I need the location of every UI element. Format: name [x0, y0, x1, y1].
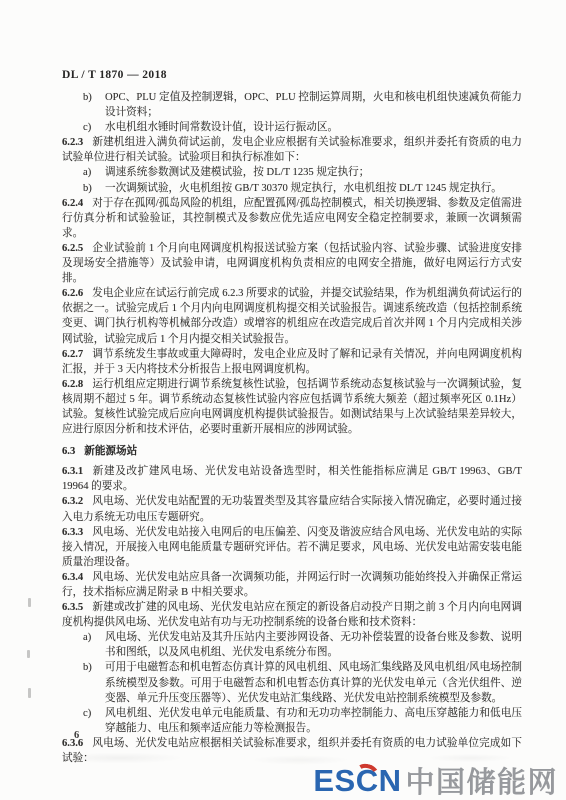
page-number: 6 [74, 730, 79, 741]
standard-number-header: DL / T 1870 — 2018 [62, 69, 167, 81]
clause-6.2.7: 6.2.7调节系统发生事故或重大障碍时，发电企业应及时了解和记录有关情况，并向电… [62, 347, 522, 377]
clause-number: 6.3.3 [62, 527, 92, 538]
clause-6.2.3: 6.2.3新建机组进入满负荷试运前，发电企业应根据有关试验标准要求，组织并委托有… [62, 135, 522, 165]
clause-number: 6.2.6 [62, 288, 92, 299]
clause-number: 6.3.2 [62, 496, 92, 507]
clause-number: 6.2.4 [62, 198, 92, 209]
clause-text: 风电场、光伏发电站配置的无功装置类型及其容量应结合实际接入情况确定，必要时通过接… [62, 496, 522, 522]
clause-text: 企业试验前 1 个月向电网调度机构报送试验方案（包括试验内容、试验步骤、试验进度… [62, 243, 522, 284]
clause-text: 风电场、光伏发电站接入电网后的电压偏差、闪变及谐波应结合风电场、光伏发电站的实际… [62, 527, 522, 568]
clause-text: 新建机组进入满负荷试运前，发电企业应根据有关试验标准要求，组织并委托有资质的电力… [62, 137, 522, 163]
clause-number: 6.3.4 [62, 572, 92, 583]
clause-6.2.5: 6.2.5企业试验前 1 个月向电网调度机构报送试验方案（包括试验内容、试验步骤… [62, 241, 522, 286]
list-item: b)一次调频试验，火电机组按 GB/T 30370 规定执行，水电机组按 DL/… [62, 181, 522, 196]
clause-6.3.2: 6.3.2风电场、光伏发电站配置的无功装置类型及其容量应结合实际接入情况确定，必… [62, 494, 522, 524]
clause-text: 新能源场站 [84, 446, 137, 457]
scan-artifact [27, 650, 30, 658]
clause-6.3.3: 6.3.3风电场、光伏发电站接入电网后的电压偏差、闪变及谐波应结合风电场、光伏发… [62, 525, 522, 570]
clause-text: 新建或改扩建的风电场、光伏发电站应在预定的新设备启动投产日期之前 3 个月内向电… [62, 602, 522, 628]
clause-number: 6.3.5 [62, 602, 92, 613]
list-item: a)调速系统参数测试及建模试验，按 DL/T 1235 规定执行； [62, 165, 522, 180]
clause-number: 6.3 [62, 446, 84, 457]
clause-text: 调节系统发生事故或重大障碍时，发电企业应及时了解和记录有关情况，并向电网调度机构… [62, 349, 522, 375]
list-item-text: OPC、PLU 定值及控制逻辑，OPC、PLU 控制运算周期，火电和核电机组快速… [105, 92, 522, 118]
list-item: b)可用于电磁暂态和机电暂态仿真计算的风电机组、风电场汇集线路及风电机组/风电场… [62, 660, 522, 705]
clause-text: 运行机组应定期进行调节系统复核性试验，包括调节系统动态复核试验与一次调频试验，复… [62, 379, 522, 435]
clause-number: 6.2.5 [62, 243, 92, 254]
clause-6.3.4: 6.3.4风电场、光伏发电站应具备一次调频功能，并网运行时一次调频功能始终投入并… [62, 570, 522, 600]
clause-number: 6.2.7 [62, 349, 92, 360]
list-item-marker: a) [83, 630, 105, 645]
scan-artifact [28, 688, 31, 698]
clause-6.2.8: 6.2.8运行机组应定期进行调节系统复核性试验，包括调节系统动态复核试验与一次调… [62, 377, 522, 437]
list-item: b)OPC、PLU 定值及控制逻辑，OPC、PLU 控制运算周期，火电和核电机组… [62, 90, 522, 120]
escn-logo-text: ESCN [313, 763, 401, 799]
list-item-marker: c) [83, 120, 105, 135]
list-item-text: 一次调频试验，火电机组按 GB/T 30370 规定执行，水电机组按 DL/T … [105, 183, 502, 194]
clause-number: 6.3.1 [62, 466, 92, 477]
clause-6.2.4: 6.2.4对于存在孤网/孤岛风险的机组，应配置孤网/孤岛控制模式，相关切换逻辑、… [62, 196, 522, 241]
list-item-marker: b) [83, 90, 105, 105]
list-item: a)风电场、光伏发电站及其升压站内主要涉网设备、无功补偿装置的设备台账及参数、说… [62, 630, 522, 660]
list-item-marker: c) [83, 706, 105, 721]
clause-6.2.6: 6.2.6发电企业应在试运行前完成 6.2.3 所要求的试验，并提交试验结果，作… [62, 286, 522, 346]
clause-text: 新建及改扩建风电场、光伏发电站设备选型时，相关性能指标应满足 GB/T 1996… [62, 466, 522, 492]
clause-text: 风电场、光伏发电站应具备一次调频功能，并网运行时一次调频功能始终投入并确保正常运… [62, 572, 522, 598]
list-item: c)风电机组、光伏发电单元电能质量、有功和无功功率控制能力、高电压穿越能力和低电… [62, 706, 522, 736]
clause-text: 对于存在孤网/孤岛风险的机组，应配置孤网/孤岛控制模式，相关切换逻辑、参数及定值… [62, 198, 522, 239]
list-item-text: 风电场、光伏发电站及其升压站内主要涉网设备、无功补偿装置的设备台账及参数、说明书… [105, 632, 522, 658]
clause-number: 6.2.3 [62, 137, 92, 148]
clause-text: 发电企业应在试运行前完成 6.2.3 所要求的试验，并提交试验结果，作为机组满负… [62, 288, 522, 344]
list-item-marker: a) [83, 165, 105, 180]
section-heading-6.3: 6.3新能源场站 [62, 444, 522, 459]
document-body: b)OPC、PLU 定值及控制逻辑，OPC、PLU 控制运算周期，火电和核电机组… [62, 90, 522, 766]
clause-number: 6.2.8 [62, 379, 92, 390]
list-item-text: 水电机组水锤时间常数设计值，设计运行振动区。 [105, 122, 338, 133]
document-page: DL / T 1870 — 2018 b)OPC、PLU 定值及控制逻辑，OPC… [0, 0, 566, 800]
escn-logo-chinese-text: 中国储能网 [405, 760, 558, 800]
clause-6.3.1: 6.3.1新建及改扩建风电场、光伏发电站设备选型时，相关性能指标应满足 GB/T… [62, 464, 522, 494]
list-item-marker: b) [83, 660, 105, 675]
list-item: c)水电机组水锤时间常数设计值，设计运行振动区。 [62, 120, 522, 135]
clause-6.3.5: 6.3.5新建或改扩建的风电场、光伏发电站应在预定的新设备启动投产日期之前 3 … [62, 600, 522, 630]
list-item-text: 调速系统参数测试及建模试验，按 DL/T 1235 规定执行； [105, 167, 369, 178]
list-item-text: 可用于电磁暂态和机电暂态仿真计算的风电机组、风电场汇集线路及风电机组/风电场控制… [105, 662, 522, 703]
escn-watermark-logo: ESCN 中国储能网 [313, 760, 558, 800]
scan-artifact [28, 598, 31, 607]
list-item-text: 风电机组、光伏发电单元电能质量、有功和无功功率控制能力、高电压穿越能力和低电压穿… [105, 708, 522, 734]
list-item-marker: b) [83, 181, 105, 196]
